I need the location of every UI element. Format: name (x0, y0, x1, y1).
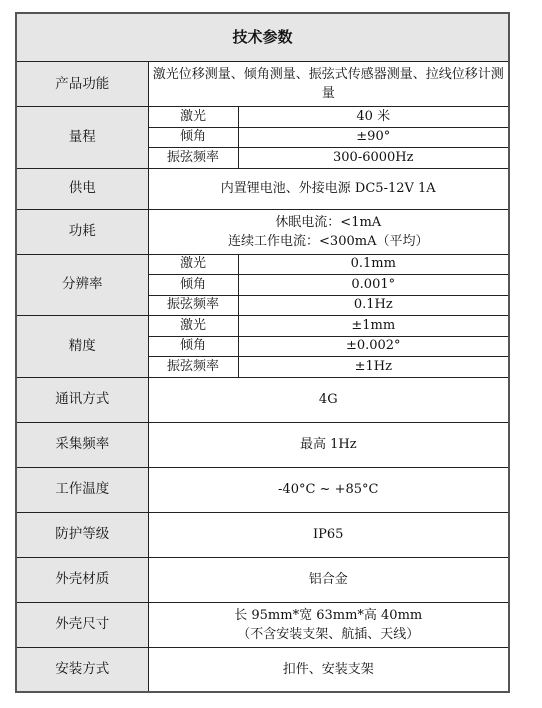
sub-value: 0.1mm (238, 254, 509, 275)
sub-label: 倾角 (148, 275, 238, 296)
row-label: 精度 (16, 316, 148, 378)
table-row-consumption: 功耗 休眠电流：<1mA 连续工作电流：<300mA（平均） (16, 209, 509, 254)
table-row-power: 供电 内置锂电池、外接电源 DC5-12V 1A (16, 168, 509, 209)
value-line: 长 95mm*宽 63mm*高 40mm (149, 606, 509, 625)
row-value: 激光位移测量、倾角测量、振弦式传感器测量、拉线位移计测量 (148, 62, 509, 107)
table-row-function: 产品功能 激光位移测量、倾角测量、振弦式传感器测量、拉线位移计测量 (16, 62, 509, 107)
value-line: 连续工作电流：<300mA（平均） (149, 232, 509, 251)
row-label: 外壳尺寸 (16, 602, 148, 647)
sub-value: ±1mm (238, 316, 509, 337)
sub-value: 0.1Hz (238, 295, 509, 316)
value-line: 休眠电流：<1mA (149, 213, 509, 232)
row-label: 供电 (16, 168, 148, 209)
spec-table: 技术参数 产品功能 激光位移测量、倾角测量、振弦式传感器测量、拉线位移计测量 量… (15, 12, 510, 693)
row-label: 通讯方式 (16, 377, 148, 422)
sub-value: 300-6000Hz (238, 148, 509, 169)
table-row-communication: 通讯方式 4G (16, 377, 509, 422)
sub-label: 激光 (148, 254, 238, 275)
table-row-resolution: 分辨率 激光 0.1mm (16, 254, 509, 275)
row-label: 分辨率 (16, 254, 148, 316)
sub-label: 激光 (148, 316, 238, 337)
table-title: 技术参数 (16, 13, 509, 62)
row-value: -40°C ~ +85°C (148, 467, 509, 512)
table-row-mounting: 安装方式 扣件、安装支架 (16, 647, 509, 692)
row-value: 扣件、安装支架 (148, 647, 509, 692)
table-row-protection: 防护等级 IP65 (16, 512, 509, 557)
table-row-size: 外壳尺寸 长 95mm*宽 63mm*高 40mm （不含安装支架、航插、天线） (16, 602, 509, 647)
row-label: 安装方式 (16, 647, 148, 692)
sub-label: 振弦频率 (148, 357, 238, 378)
sub-value: ±1Hz (238, 357, 509, 378)
row-value: 铝合金 (148, 557, 509, 602)
row-label: 工作温度 (16, 467, 148, 512)
sub-value: ±0.002° (238, 336, 509, 357)
table-row-range: 量程 激光 40 米 (16, 107, 509, 128)
row-value: 休眠电流：<1mA 连续工作电流：<300mA（平均） (148, 209, 509, 254)
row-value: 长 95mm*宽 63mm*高 40mm （不含安装支架、航插、天线） (148, 602, 509, 647)
table-row-temperature: 工作温度 -40°C ~ +85°C (16, 467, 509, 512)
row-value: 4G (148, 377, 509, 422)
sub-label: 振弦频率 (148, 295, 238, 316)
sub-label: 倾角 (148, 127, 238, 148)
row-label: 采集频率 (16, 422, 148, 467)
row-label: 量程 (16, 107, 148, 169)
table-row-material: 外壳材质 铝合金 (16, 557, 509, 602)
row-value: IP65 (148, 512, 509, 557)
row-value: 最高 1Hz (148, 422, 509, 467)
row-label: 功耗 (16, 209, 148, 254)
table-row-accuracy: 精度 激光 ±1mm (16, 316, 509, 337)
table-header-row: 技术参数 (16, 13, 509, 62)
table-row-sampling: 采集频率 最高 1Hz (16, 422, 509, 467)
value-line: （不含安装支架、航插、天线） (149, 625, 509, 644)
row-value: 内置锂电池、外接电源 DC5-12V 1A (148, 168, 509, 209)
sub-label: 倾角 (148, 336, 238, 357)
sub-label: 激光 (148, 107, 238, 128)
sub-label: 振弦频率 (148, 148, 238, 169)
row-label: 防护等级 (16, 512, 148, 557)
sub-value: 0.001° (238, 275, 509, 296)
sub-value: 40 米 (238, 107, 509, 128)
sub-value: ±90° (238, 127, 509, 148)
row-label: 外壳材质 (16, 557, 148, 602)
row-label: 产品功能 (16, 62, 148, 107)
